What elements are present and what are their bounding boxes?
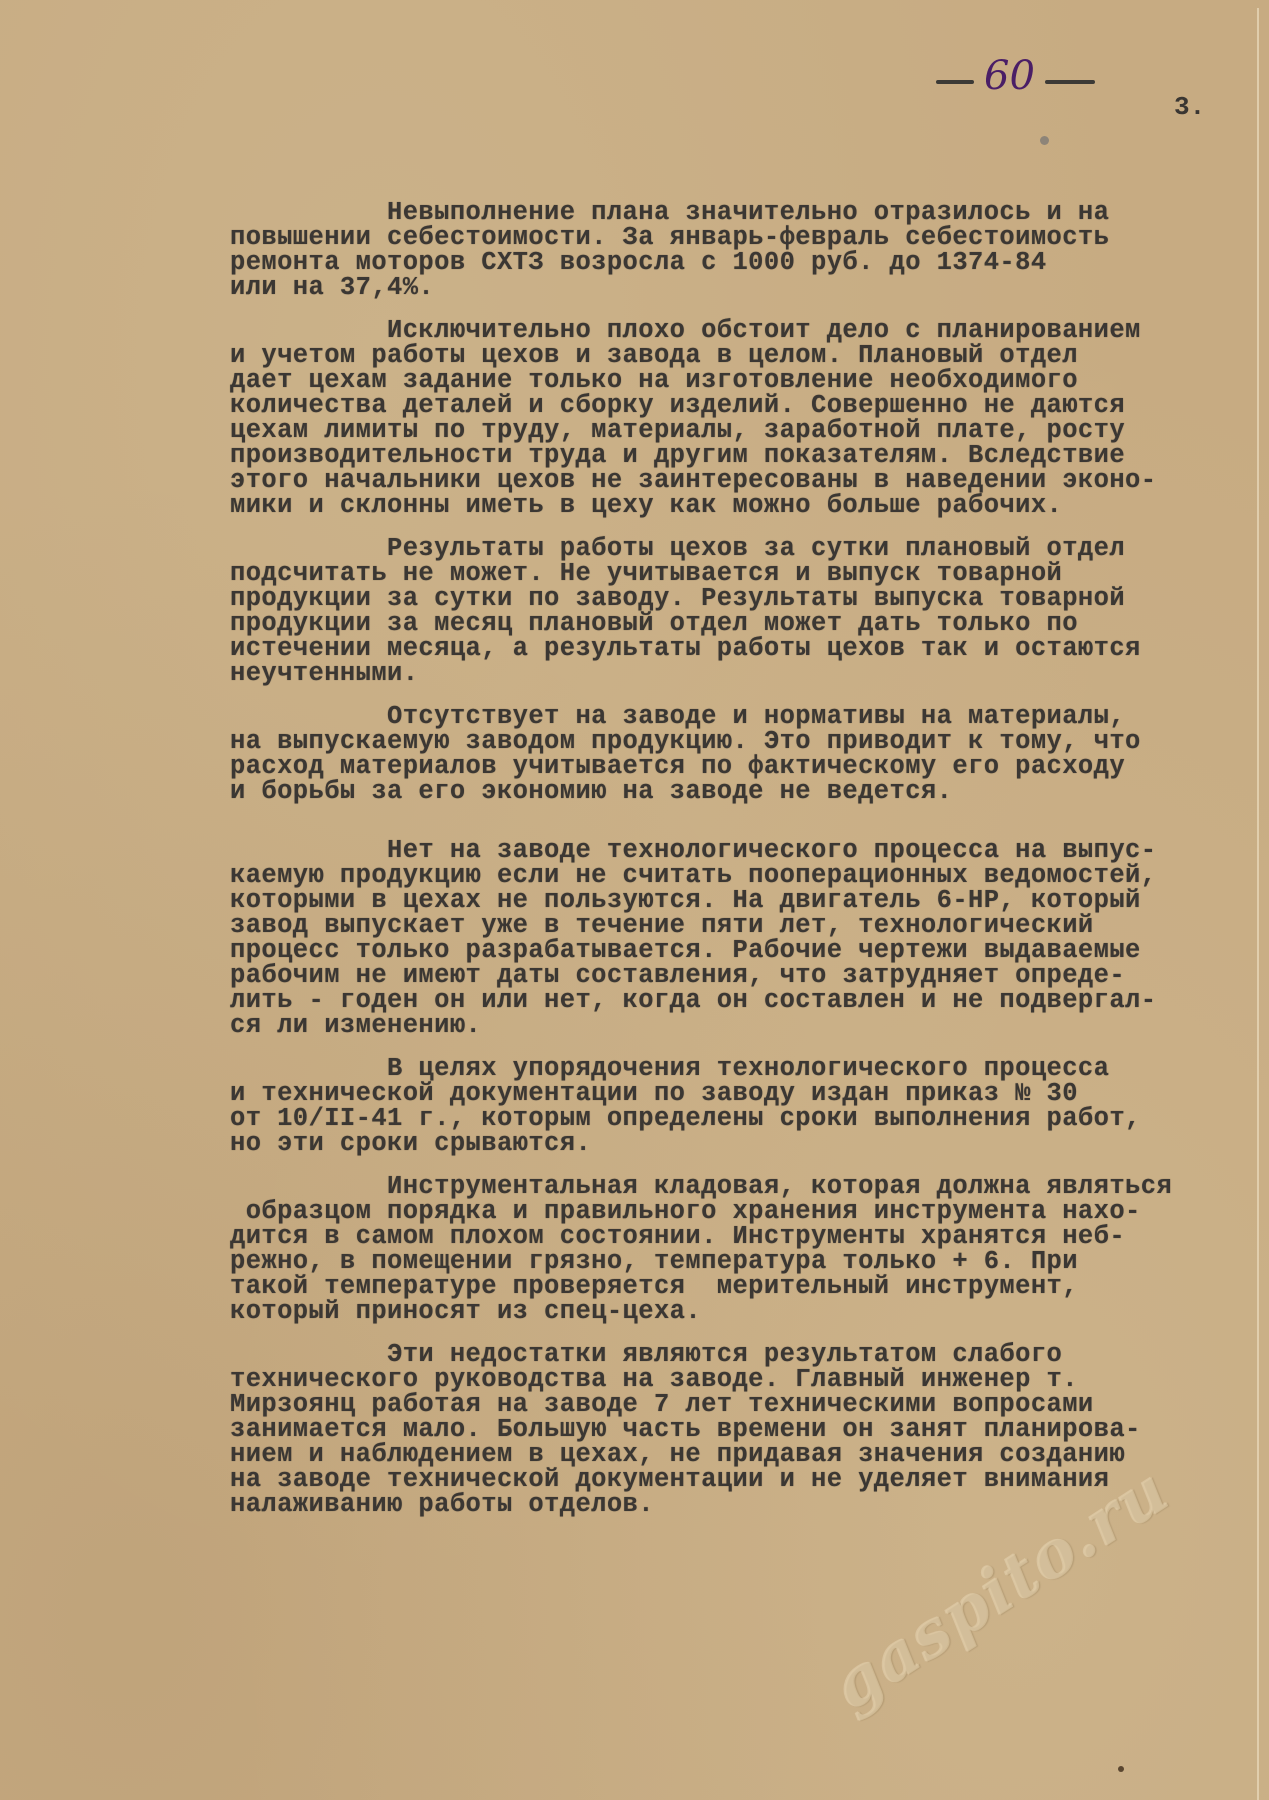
text-line: ремонта моторов СХТЗ возросла с 1000 руб… [230,250,1240,275]
text-line: такой температуре проверяется мерительны… [230,1274,1240,1299]
page-number: 3. [1174,92,1205,122]
text-line: лить - годен он или нет, когда он состав… [230,988,1240,1013]
text-line: повышении себестоимости. За январь-февра… [230,225,1240,250]
text-line: этого начальники цехов не заинтересованы… [230,468,1240,493]
text-line: но эти сроки срываются. [230,1131,1240,1156]
text-line: технического руководства на заводе. Глав… [230,1367,1240,1392]
text-line: продукции за сутки по заводу. Результаты… [230,586,1240,611]
document-body: Невыполнение плана значительно отразилос… [230,200,1240,1535]
text-line: процесс только разрабатывается. Рабочие … [230,938,1240,963]
text-line: Отсутствует на заводе и нормативы на мат… [230,704,1240,729]
text-line: продукции за месяц плановый отдел может … [230,611,1240,636]
text-line: Инструментальная кладовая, которая должн… [230,1174,1240,1199]
text-line: от 10/II-41 г., которым определены сроки… [230,1106,1240,1131]
text-line: Нет на заводе технологического процесса … [230,838,1240,863]
text-line: образцом порядка и правильного хранения … [230,1199,1240,1224]
paragraph-tool-storage: Инструментальная кладовая, которая должн… [230,1174,1240,1324]
text-line: который приносят из спец-цеха. [230,1299,1240,1324]
paragraph-daily-results: Результаты работы цехов за сутки плановы… [230,536,1240,686]
text-line: дает цехам задание только на изготовлени… [230,368,1240,393]
text-line: режно, в помещении грязно, температура т… [230,1249,1240,1274]
paragraph-material-norms: Отсутствует на заводе и нормативы на мат… [230,704,1240,804]
text-line: и борьбы за его экономию на заводе не ве… [230,779,1240,804]
text-line: Исключительно плохо обстоит дело с плани… [230,318,1240,343]
paragraph-order-30: В целях упорядочения технологического пр… [230,1056,1240,1156]
text-line: количества деталей и сборку изделий. Сов… [230,393,1240,418]
text-line: производительности труда и другим показа… [230,443,1240,468]
text-line: каемую продукцию если не считать поопера… [230,863,1240,888]
folio-dash-right [1045,80,1095,84]
text-line: которыми в цехах не пользуются. На двига… [230,888,1240,913]
text-line: неучтенными. [230,661,1240,686]
text-line: В целях упорядочения технологического пр… [230,1056,1240,1081]
text-line: нием и наблюдением в цехах, не придавая … [230,1442,1240,1467]
folio-marker: 60 [936,62,1095,102]
text-line: или на 37,4%. [230,275,1240,300]
document-page: 60 3. Невыполнение плана значительно отр… [0,0,1269,1800]
paper-speck [1118,1766,1124,1772]
text-line: Мирзоянц работая на заводе 7 лет техниче… [230,1392,1240,1417]
text-line: на выпускаемую заводом продукцию. Это пр… [230,729,1240,754]
text-line: и технической документации по заводу изд… [230,1081,1240,1106]
text-line: завод выпускает уже в течение пяти лет, … [230,913,1240,938]
paper-edge [1257,8,1259,1800]
text-line: подсчитать не может. Не учитывается и вы… [230,561,1240,586]
folio-dash-left [936,80,974,84]
folio-number: 60 [984,56,1035,96]
text-line: истечении месяца, а результаты работы це… [230,636,1240,661]
text-line: и учетом работы цехов и завода в целом. … [230,343,1240,368]
text-line: Эти недостатки являются результатом слаб… [230,1342,1240,1367]
text-line: Невыполнение плана значительно отразилос… [230,200,1240,225]
text-line: мики и склонны иметь в цеху как можно бо… [230,493,1240,518]
text-line: расход материалов учитывается по фактиче… [230,754,1240,779]
text-line: цехам лимиты по труду, материалы, зарабо… [230,418,1240,443]
text-line: занимается мало. Большую часть времени о… [230,1417,1240,1442]
text-line: ся ли изменению. [230,1013,1240,1038]
paragraph-planning: Исключительно плохо обстоит дело с плани… [230,318,1240,518]
paragraph-tech-process: Нет на заводе технологического процесса … [230,838,1240,1038]
text-line: Результаты работы цехов за сутки плановы… [230,536,1240,561]
punch-mark [1040,136,1049,145]
paragraph-cost-increase: Невыполнение плана значительно отразилос… [230,200,1240,300]
text-line: дится в самом плохом состоянии. Инструме… [230,1224,1240,1249]
text-line: рабочим не имеют даты составления, что з… [230,963,1240,988]
